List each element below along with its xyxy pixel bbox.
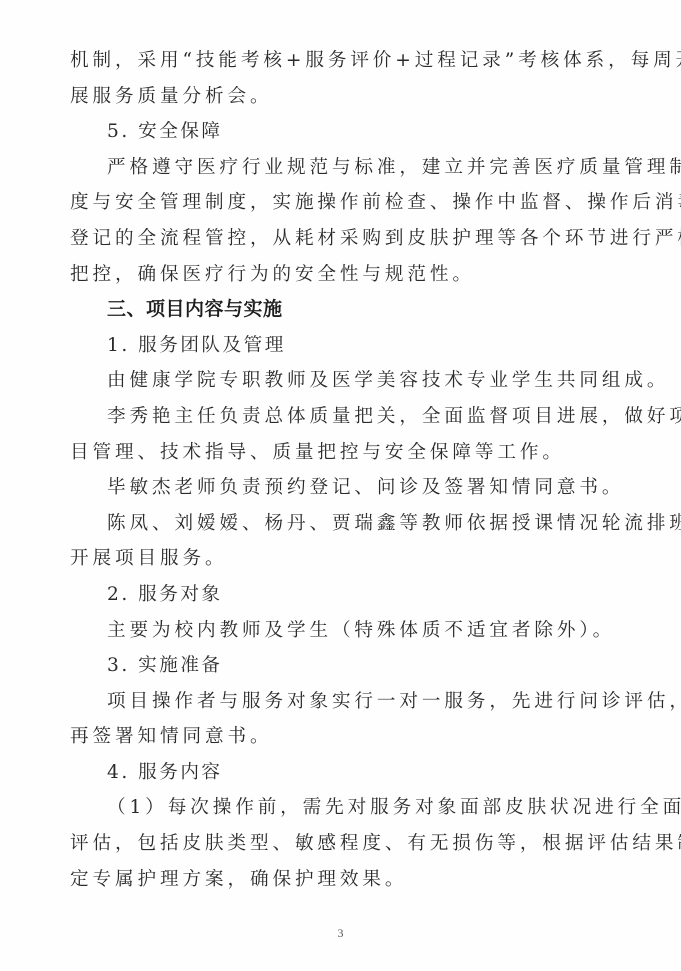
chapter-3-heading: 三、项目内容与实施 — [70, 292, 618, 328]
paragraph-line: 开展项目服务。 — [70, 541, 618, 577]
paragraph-line: 登记的全流程管控，从耗材采购到皮肤护理等各个环节进行严格 — [70, 221, 618, 257]
paragraph-line: 陈凤、刘嫒嫒、杨丹、贾瑞鑫等教师依据授课情况轮流排班 — [70, 506, 618, 542]
paragraph-line: 展服务质量分析会。 — [70, 79, 618, 115]
paragraph-line: 把控，确保医疗行为的安全性与规范性。 — [70, 257, 618, 293]
document-body: 机制，采用“技能考核+服务评价+过程记录”考核体系，每周开 展服务质量分析会。 … — [70, 43, 618, 897]
document-page: 机制，采用“技能考核+服务评价+过程记录”考核体系，每周开 展服务质量分析会。 … — [0, 0, 681, 971]
paragraph-line: 定专属护理方案，确保护理效果。 — [70, 862, 618, 898]
paragraph-line: 严格遵守医疗行业规范与标准，建立并完善医疗质量管理制 — [70, 150, 618, 186]
paragraph-line: 评估，包括皮肤类型、敏感程度、有无损伤等，根据评估结果制 — [70, 826, 618, 862]
paragraph-line: 由健康学院专职教师及医学美容技术专业学生共同组成。 — [70, 363, 618, 399]
section-5-heading: 5. 安全保障 — [70, 114, 618, 150]
page-number: 3 — [0, 926, 681, 941]
paragraph-line: 毕敏杰老师负责预约登记、问诊及签署知情同意书。 — [70, 470, 618, 506]
paragraph-line: 项目操作者与服务对象实行一对一服务，先进行问诊评估， — [70, 684, 618, 720]
paragraph-line: 主要为校内教师及学生（特殊体质不适宜者除外）。 — [70, 613, 618, 649]
paragraph-line: 李秀艳主任负责总体质量把关，全面监督项目进展，做好项 — [70, 399, 618, 435]
paragraph-line: 目管理、技术指导、质量把控与安全保障等工作。 — [70, 435, 618, 471]
paragraph-line: （1）每次操作前，需先对服务对象面部皮肤状况进行全面 — [70, 790, 618, 826]
paragraph-line: 度与安全管理制度，实施操作前检查、操作中监督、操作后消毒 — [70, 185, 618, 221]
section-4-heading: 4. 服务内容 — [70, 755, 618, 791]
section-2-heading: 2. 服务对象 — [70, 577, 618, 613]
section-3-heading: 3. 实施准备 — [70, 648, 618, 684]
paragraph-line: 机制，采用“技能考核+服务评价+过程记录”考核体系，每周开 — [70, 43, 618, 79]
paragraph-line: 再签署知情同意书。 — [70, 719, 618, 755]
section-1-heading: 1. 服务团队及管理 — [70, 328, 618, 364]
